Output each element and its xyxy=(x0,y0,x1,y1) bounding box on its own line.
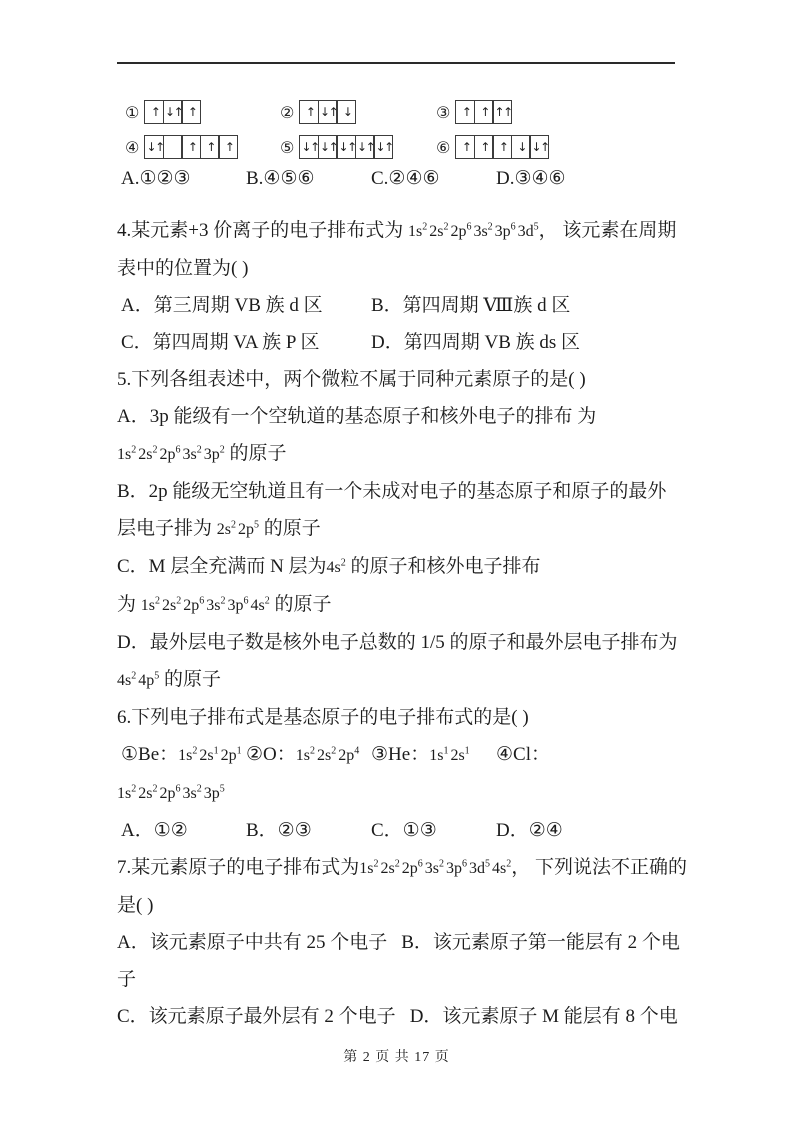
orbital-box: ↓↑ xyxy=(318,135,338,159)
q7-options-row-cd: C．该元素原子最外层有 2 个电子D．该元素原子 M 能层有 8 个电 xyxy=(117,998,717,1035)
q4-stem-text-post: ， 该元素在周期 xyxy=(539,220,677,241)
orbital-box: ↑ xyxy=(492,135,512,159)
q6-item-he-label: ③He： xyxy=(371,744,429,765)
q5-option-c-line2-pre: 为 xyxy=(117,594,141,615)
orbital-box: ↓↑ xyxy=(163,100,183,124)
q3-option-c: C.②④⑥ xyxy=(371,160,496,197)
q7-stem-text-pre: 7.某元素原子的电子排布式为 xyxy=(117,857,359,878)
q5-option-a-line2: 1s22s22p63s23p2 的原子 xyxy=(117,435,717,473)
q5-option-b-formula: 2s22p5 xyxy=(217,521,259,538)
orbital-diagram-3: ③↑↑↑↑ xyxy=(436,99,717,125)
q4-stem-line2: 表中的位置为( ) xyxy=(117,250,717,287)
q7-stem-line1: 7.某元素原子的电子排布式为1s22s22p63s23p63d54s2， 下列说… xyxy=(117,849,717,887)
diagram-number-label: ⑤ xyxy=(280,138,294,157)
q5-option-a-line1: A．3p 能级有一个空轨道的基态原子和核外电子的排布 为 xyxy=(117,398,717,435)
orbital-box: ↑ xyxy=(474,135,494,159)
diagram-number-label: ② xyxy=(280,103,294,122)
orbital-box: ↑ xyxy=(200,135,220,159)
q5-option-c-line1: C．M 层全充满而 N 层为4s2 的原子和核外电子排布 xyxy=(117,548,717,586)
q6-item-cl-formula-line: 1s22s22p63s23p5 xyxy=(117,774,717,812)
orbital-box: ↓↑ xyxy=(144,135,164,159)
q6-item-cl-label: ④Cl： xyxy=(496,744,550,765)
q3-option-a: A.①②③ xyxy=(121,160,246,197)
q5-option-d-line2: 4s24p5 的原子 xyxy=(117,661,717,699)
orbital-box: ↓↑ xyxy=(373,135,393,159)
orbital-diagram-5: ⑤↓↑↓↑↓↑↓↑↓↑ xyxy=(280,134,436,160)
q5-option-c-suffix: 的原子 xyxy=(270,594,332,615)
orbital-diagrams: ①↑↓↑↑②↑↓↑↓③↑↑↑↑④↓↑↑↑↑⑤↓↑↓↑↓↑↓↑↓↑⑥↑↑↑↓↓↑ xyxy=(117,99,717,160)
orbital-box: ↓↑ xyxy=(318,100,338,124)
orbital-box-empty xyxy=(163,135,183,159)
q6-item-be-formula: 1s22s12p1 xyxy=(178,747,241,764)
orbital-box: ↓↑ xyxy=(355,135,375,159)
q5-option-a-suffix: 的原子 xyxy=(225,443,287,464)
orbital-diagram-6: ⑥↑↑↑↓↓↑ xyxy=(436,134,717,160)
diagram-number-label: ③ xyxy=(436,103,450,122)
orbital-box-row: ↑↑↑↑ xyxy=(455,100,512,124)
diagram-number-label: ④ xyxy=(125,138,139,157)
q3-option-d: D.③④⑥ xyxy=(496,160,566,197)
orbital-box: ↑ xyxy=(455,135,475,159)
orbital-box: ↓ xyxy=(511,135,531,159)
orbital-box-row: ↑↑↑↓↓↑ xyxy=(455,135,549,159)
q5-option-b-text: 层电子排为 xyxy=(117,518,217,539)
diagram-number-label: ① xyxy=(125,103,139,122)
q3-option-b: B.④⑤⑥ xyxy=(246,160,371,197)
q4-stem-line1: 4.某元素+3 价离子的电子排布式为 1s22s22p63s23p63d5， 该… xyxy=(117,212,717,250)
exam-page: ①↑↓↑↑②↑↓↑↓③↑↑↑↑④↓↑↑↑↑⑤↓↑↓↑↓↑↓↑↓↑⑥↑↑↑↓↓↑ … xyxy=(0,0,793,1122)
q5-option-d-formula: 4s24p5 xyxy=(117,672,159,689)
q6-item-cl-formula: 1s22s22p63s23p5 xyxy=(117,785,225,802)
orbital-box: ↑ xyxy=(299,100,319,124)
q5-option-c-text-pre: C．M 层全充满而 N 层为 xyxy=(117,556,327,577)
q5-option-b-line2: 层电子排为 2s22p5 的原子 xyxy=(117,510,717,548)
q6-item-o-label: ②O： xyxy=(246,744,296,765)
q7-options-row-ab: A．该元素原子中共有 25 个电子B．该元素原子第一能层有 2 个电 xyxy=(117,924,717,961)
q5-option-c-formula1: 4s2 xyxy=(327,559,346,576)
question-lines: 4.某元素+3 价离子的电子排布式为 1s22s22p63s23p63d5， 该… xyxy=(117,212,717,1035)
q6-option-c: C．①③ xyxy=(371,812,496,849)
q6-item-o: ②O：1s22s22p4 xyxy=(246,736,371,774)
q6-stem: 6.下列电子排布式是基态原子的电子排布式的是( ) xyxy=(117,699,717,736)
orbital-diagram-4: ④↓↑↑↑↑ xyxy=(125,134,280,160)
orbital-box: ↑ xyxy=(474,100,494,124)
q7-stem-line2: 是( ) xyxy=(117,887,717,924)
q6-item-cl: ④Cl： xyxy=(496,736,550,774)
orbital-box: ↑ xyxy=(144,100,164,124)
orbital-diagram-2: ②↑↓↑↓ xyxy=(280,99,436,125)
orbital-box: ↑ xyxy=(181,100,201,124)
orbital-box: ↑ xyxy=(181,135,201,159)
q6-item-be-label: ①Be： xyxy=(121,744,178,765)
q7-option-a: A．该元素原子中共有 25 个电子 xyxy=(117,932,387,953)
q5-option-d-line1: D．最外层电子数是核外电子总数的 1/5 的原子和最外层电子排布为 xyxy=(117,624,717,661)
orbital-box-row: ↓↑↓↑↓↑↓↑↓↑ xyxy=(299,135,393,159)
orbital-box: ↓↑ xyxy=(336,135,356,159)
q4-stem-text-pre: 4.某元素+3 价离子的电子排布式为 xyxy=(117,220,408,241)
q7-stem-text-post: ， 下列说法不正确的 xyxy=(511,857,687,878)
q5-option-c-line2: 为 1s22s22p63s23p64s2 的原子 xyxy=(117,586,717,624)
q5-stem: 5.下列各组表述中，两个微粒不属于同种元素原子的是( ) xyxy=(117,361,717,398)
orbital-box: ↓↑ xyxy=(299,135,319,159)
orbital-box-row: ↑↓↑↓ xyxy=(299,100,356,124)
q5-option-b-line1: B．2p 能级无空轨道且有一个未成对电子的基态原子和原子的最外 xyxy=(117,473,717,510)
q4-option-d: D．第四周期 VB 族 ds 区 xyxy=(371,324,580,361)
orbital-box-row: ↓↑↑↑↑ xyxy=(144,135,238,159)
q5-option-d-suffix: 的原子 xyxy=(159,669,221,690)
page-number: 第 2 页 共 17 页 xyxy=(0,1046,793,1066)
q4-options-row-ab: A．第三周期 VB 族 d 区B．第四周期 Ⅷ族 d 区 xyxy=(117,287,717,324)
orbital-box-row: ↑↓↑↑ xyxy=(144,100,201,124)
q6-item-be: ①Be：1s22s12p1 xyxy=(121,736,246,774)
q7-option-b: B．该元素原子第一能层有 2 个电 xyxy=(401,932,680,953)
q6-items-row: ①Be：1s22s12p1②O：1s22s22p4③He：1s12s1④Cl： xyxy=(117,736,717,774)
q6-options-row: A．①②B．②③C．①③D．②④ xyxy=(117,812,717,849)
q4-option-c: C．第四周期 VA 族 P 区 xyxy=(121,324,371,361)
q5-option-b-suffix: 的原子 xyxy=(259,518,321,539)
q4-option-a: A．第三周期 VB 族 d 区 xyxy=(121,287,371,324)
q4-option-b: B．第四周期 Ⅷ族 d 区 xyxy=(371,287,570,324)
orbital-box: ↑ xyxy=(455,100,475,124)
orbital-box: ↓↑ xyxy=(529,135,549,159)
q3-options-row: A.①②③B.④⑤⑥C.②④⑥D.③④⑥ xyxy=(117,160,717,197)
q7-option-c: C．该元素原子最外层有 2 个电子 xyxy=(117,1006,396,1027)
page-content: ①↑↓↑↑②↑↓↑↓③↑↑↑↑④↓↑↑↑↑⑤↓↑↓↑↓↑↓↑↓↑⑥↑↑↑↓↓↑ … xyxy=(117,0,717,1035)
orbital-box: ↓ xyxy=(336,100,356,124)
q5-option-c-text-post: 的原子和核外电子排布 xyxy=(346,556,541,577)
orbital-box: ↑↑ xyxy=(492,100,512,124)
q5-option-c-formula2: 1s22s22p63s23p64s2 xyxy=(141,597,270,614)
q6-option-b: B．②③ xyxy=(246,812,371,849)
q7-option-b-overflow: 子 xyxy=(117,961,717,998)
q4-options-row-cd: C．第四周期 VA 族 P 区D．第四周期 VB 族 ds 区 xyxy=(117,324,717,361)
orbital-diagram-1: ①↑↓↑↑ xyxy=(125,99,280,125)
q6-item-he: ③He：1s12s1 xyxy=(371,736,496,774)
diagram-number-label: ⑥ xyxy=(436,138,450,157)
q6-option-a: A．①② xyxy=(121,812,246,849)
q7-stem-formula: 1s22s22p63s23p63d54s2 xyxy=(359,860,511,877)
q4-stem-formula: 1s22s22p63s23p63d5 xyxy=(408,223,539,240)
orbital-box: ↑ xyxy=(218,135,238,159)
q6-option-d: D．②④ xyxy=(496,812,563,849)
q7-option-d: D．该元素原子 M 能层有 8 个电 xyxy=(410,1006,678,1027)
q6-item-o-formula: 1s22s22p4 xyxy=(296,747,359,764)
q5-option-a-formula: 1s22s22p63s23p2 xyxy=(117,446,225,463)
q6-item-he-formula: 1s12s1 xyxy=(429,747,469,764)
